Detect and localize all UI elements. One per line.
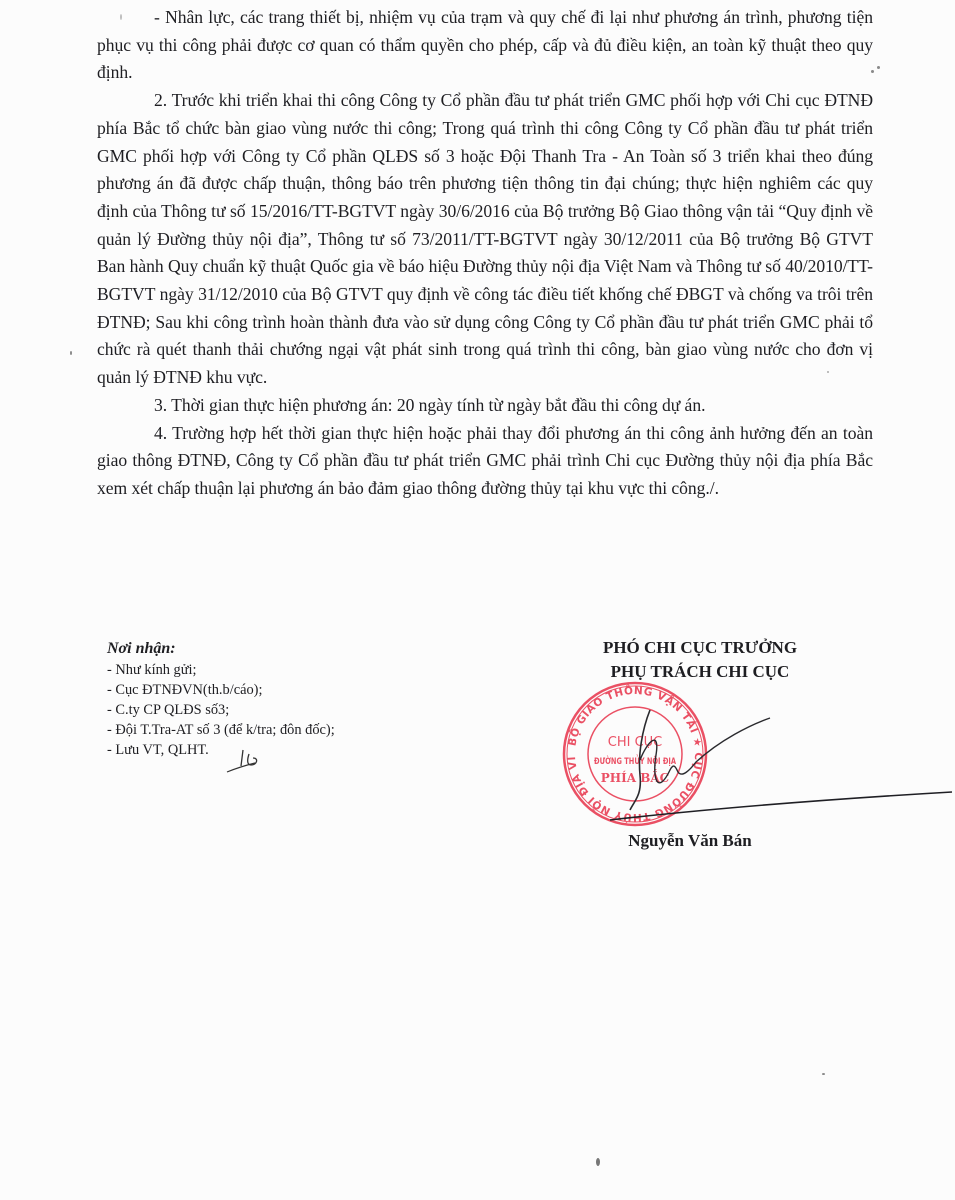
paragraph-4-changes: 4. Trường hợp hết thời gian thực hiện ho… bbox=[97, 420, 873, 503]
signature-title-line1: PHÓ CHI CỤC TRƯỞNG bbox=[560, 636, 840, 660]
document-page: - Nhân lực, các trang thiết bị, nhiệm vụ… bbox=[0, 0, 955, 1200]
recipients-heading: Nơi nhận: bbox=[107, 638, 407, 660]
recipient-item: - C.ty CP QLĐS số3; bbox=[107, 700, 407, 720]
signature-title: PHÓ CHI CỤC TRƯỞNG PHỤ TRÁCH CHI CỤC bbox=[560, 636, 840, 684]
scan-speck bbox=[877, 66, 880, 69]
scan-speck bbox=[120, 14, 122, 20]
paragraph-2-coordination: 2. Trước khi triển khai thi công Công ty… bbox=[97, 87, 873, 392]
recipient-item: - Cục ĐTNĐVN(th.b/cáo); bbox=[107, 680, 407, 700]
scan-speck bbox=[596, 1158, 600, 1166]
document-body: - Nhân lực, các trang thiết bị, nhiệm vụ… bbox=[97, 4, 873, 503]
handwritten-initial-icon bbox=[225, 748, 275, 774]
handwritten-signature-icon bbox=[600, 700, 955, 830]
recipient-item: - Đội T.Tra-AT số 3 (để k/tra; đôn đốc); bbox=[107, 720, 407, 740]
scan-speck bbox=[70, 351, 72, 355]
recipients-block: Nơi nhận: - Như kính gửi; - Cục ĐTNĐVN(t… bbox=[107, 638, 407, 760]
scan-speck bbox=[827, 371, 829, 373]
paragraph-equipment-requirements: - Nhân lực, các trang thiết bị, nhiệm vụ… bbox=[97, 4, 873, 87]
signer-name: Nguyễn Văn Bán bbox=[590, 829, 790, 853]
paragraph-3-duration: 3. Thời gian thực hiện phương án: 20 ngà… bbox=[97, 392, 873, 420]
recipient-item: - Như kính gửi; bbox=[107, 660, 407, 680]
scan-speck bbox=[822, 1073, 825, 1075]
scan-speck bbox=[871, 70, 874, 73]
